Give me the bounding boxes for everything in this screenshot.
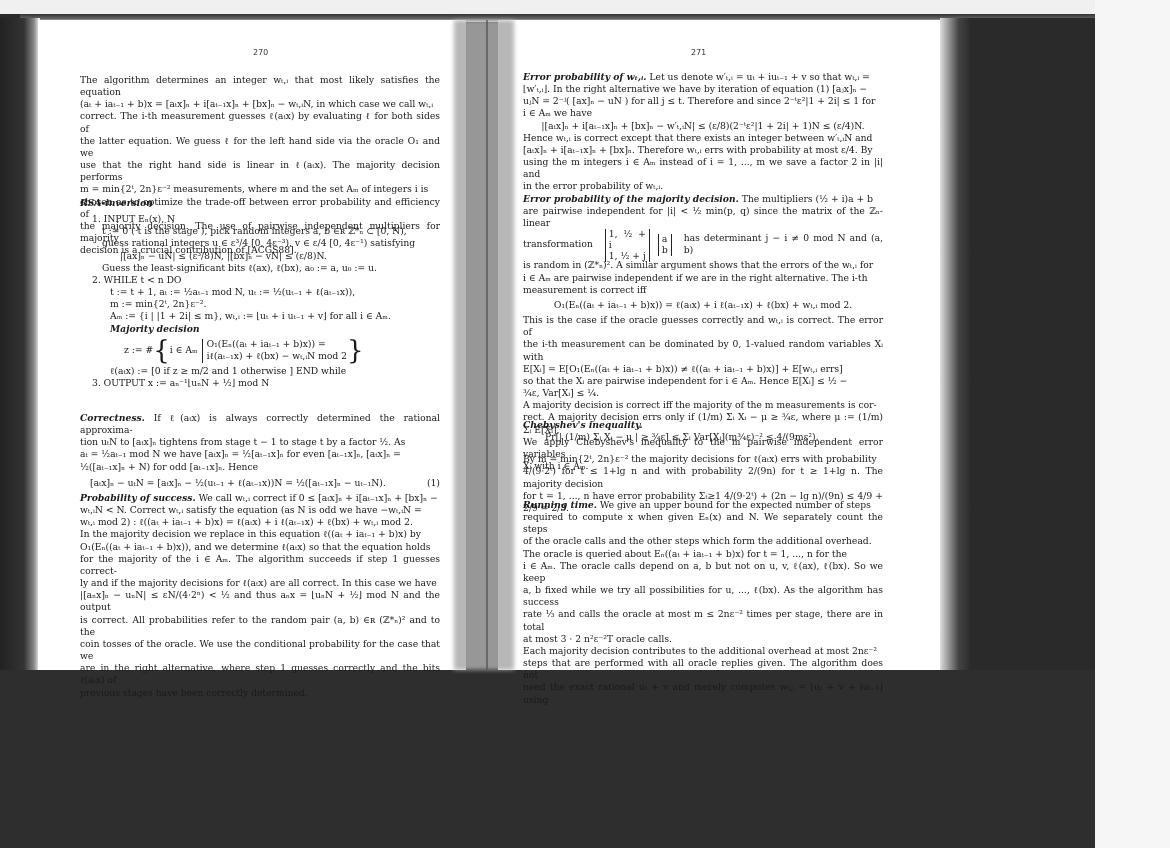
text-line: ly and if the majority decisions for ℓ(a…: [80, 578, 440, 590]
section-heading: Chebyshev's inequality.: [523, 420, 883, 432]
text-line: are pairwise independent for |i| < ½ min…: [523, 206, 883, 230]
text-line: [aₜx]ₙ + i[aₜ₋₁x]ₙ + [bx]ₙ. Therefore wₜ…: [523, 145, 883, 157]
text-line: m := min{2ᵗ, 2n}ε⁻².: [80, 299, 440, 311]
text-line: previous stages have been correctly dete…: [80, 688, 440, 700]
text-line: ⌊w′ₜ,ᵢ⌋. In the right alternative we hav…: [523, 84, 883, 96]
text-line: need the exact rational uₜ + v and merel…: [523, 682, 883, 706]
left-page-edge-shadow: [0, 18, 40, 670]
section-heading: Error probability of the majority decisi…: [523, 194, 739, 205]
section-heading: Probability of success.: [80, 493, 196, 504]
page-number-right: 271: [691, 48, 706, 57]
text-line: Each majority decision contributes to th…: [523, 646, 883, 658]
transformation-label: transformation: [523, 239, 593, 251]
z-assignment: z := #: [124, 345, 153, 357]
text-line: for the majority of the i ∈ Aₘ. The algo…: [80, 554, 440, 578]
error-probability-w-paragraph: Error probability of wₜ,ᵢ. Let us denote…: [523, 72, 883, 194]
rsa-inversion-algorithm: RSA-inversion 1. INPUT Eₙ(x), N t := 0 (…: [80, 198, 440, 390]
text-line: measurement is correct iff: [523, 285, 883, 297]
text-line: Aₘ := {i | |1 + 2i| ≤ m}, wₜ,ᵢ := ⌊uₜ + …: [80, 311, 440, 323]
vector: a b: [658, 234, 672, 256]
text-line: a, b fixed while we try all possibilitie…: [523, 585, 883, 609]
section-heading: RSA-inversion: [80, 198, 440, 210]
majority-set-definition: z := # { i ∈ Aₘ O₁(Eₙ((aₜ + iaₜ₋₁ + b)x)…: [80, 336, 440, 366]
text-line: ¾ε, Var[Xᵢ] ≤ ¼.: [523, 388, 883, 400]
vector-entry: a: [662, 234, 668, 245]
matrix: 1, ½ + i 1, ½ + j: [605, 229, 650, 262]
text-line: Correctness. If ℓ(aₜx) is always correct…: [80, 413, 440, 437]
text-line: By m = min{2ᵗ, 2n}ε⁻² the majority decis…: [523, 454, 883, 466]
text-line: O₁(Eₙ((aₜ + iaₜ₋₁ + b)x)), and we determ…: [80, 542, 440, 554]
text-line: This is the case if the oracle guesses c…: [523, 315, 883, 339]
text-line: aₜ = ½aₜ₋₁ mod N we have [aₜx]ₙ = ½[aₜ₋₁…: [80, 449, 440, 461]
text-line: of the oracle calls and the other steps …: [523, 536, 883, 548]
section-heading: Running time.: [523, 500, 597, 511]
display-equation: |[aₜx]ₙ + i[aₜ₋₁x]ₙ + [bx]ₙ − w′ₜ,ᵢN| ≤ …: [523, 121, 883, 133]
text-line: use that the right hand side is linear i…: [80, 160, 440, 184]
running-time-paragraph: Running time. We give an upper bound for…: [523, 500, 883, 707]
text-line: Error probability of the majority decisi…: [523, 194, 883, 206]
set-element: i ∈ Aₘ: [170, 345, 198, 357]
scanner-top-margin: [0, 0, 1170, 14]
text-line: (aₜ + iaₜ₋₁ + b)x = [aₜx]ₙ + i[aₜ₋₁x]ₙ +…: [80, 99, 440, 111]
scanner-right-margin: [1095, 0, 1170, 848]
text-line: A majority decision is correct iff the m…: [523, 400, 883, 412]
text-line: in the error probability of wₜ,ᵢ.: [523, 181, 883, 193]
text-line: wₜ,ᵢN < N. Correct wₜ,ᵢ satisfy the equa…: [80, 505, 440, 517]
display-equation: O₁(Eₙ((aₜ + iaₜ₋₁ + b)x)) = ℓ(aₜx) + i ℓ…: [523, 300, 883, 312]
text-span: We call wₜ,ᵢ correct if 0 ≤ [aₜx]ₙ + i[a…: [199, 493, 438, 504]
page-number-left: 270: [253, 48, 268, 57]
text-line: are in the right alternative, where step…: [80, 663, 440, 687]
book-spine-line: [486, 20, 488, 670]
text-line: rate ⅓ and calls the oracle at most m ≤ …: [523, 609, 883, 633]
text-line: ℓ(aₜx) := [0 if z ≥ m/2 and 1 otherwise …: [80, 366, 440, 378]
text-line: Probability of success. We call wₜ,ᵢ cor…: [80, 493, 440, 505]
condition-line: iℓ(aₜ₋₁x) + ℓ(bx) − wₜ,ᵢN mod 2: [207, 351, 347, 363]
matrix-row: 1, ½ + i: [609, 229, 646, 251]
text-line: the i-th measurement can be dominated by…: [523, 339, 883, 363]
text-line: so that the Xᵢ are pairwise independent …: [523, 376, 883, 388]
text-line: is correct. All probabilities refer to t…: [80, 615, 440, 639]
left-brace: {: [153, 338, 170, 364]
text-line: E[Xᵢ] = E[O₁(Eₙ((aₜ + iaₜ₋₁ + b)x)) ≠ ℓ(…: [523, 364, 883, 376]
condition-line: O₁(Eₙ((aₜ + iaₜ₋₁ + b)x)) =: [207, 339, 347, 351]
text-span: The multipliers (½ + i)a + b: [742, 194, 873, 205]
text-line: uⱼN = 2⁻ʲ( [ax]ₙ − uN ) for all j ≤ t. T…: [523, 96, 883, 108]
text-line: m = min{2ᵗ, 2n}ε⁻² measurements, where m…: [80, 184, 440, 196]
text-line: Hence wₜ,ᵢ is correct except that there …: [523, 133, 883, 145]
text-line: the latter equation. We guess ℓ for the …: [80, 136, 440, 160]
set-condition: O₁(Eₙ((aₜ + iaₜ₋₁ + b)x)) = iℓ(aₜ₋₁x) + …: [202, 339, 347, 363]
text-line: t := t + 1, aₜ := ½aₜ₋₁ mod N, uₜ := ½(u…: [80, 287, 440, 299]
text-line: ½([aₜ₋₁x]ₙ + N) for odd [aₜ₋₁x]ₙ. Hence: [80, 462, 440, 474]
text-line: |[aₙx]ₙ − uₙN| ≤ εN/(4·2ⁿ) < ½ and thus …: [80, 590, 440, 614]
algorithm-step-1: 1. INPUT Eₙ(x), N: [80, 214, 440, 226]
text-line: Running time. We give an upper bound for…: [523, 500, 883, 512]
equation-number: (1): [427, 478, 440, 490]
algorithm-step-3: 3. OUTPUT x := aₙ⁻¹⌊uₙN + ½⌋ mod N: [80, 378, 440, 390]
text-line: tion uₜN to [aₜx]ₙ tightens from stage t…: [80, 437, 440, 449]
text-line: The algorithm determines an integer wₜ,ᵢ…: [80, 75, 440, 99]
equation-1: [aₜx]ₙ − uₜN = [aₜx]ₙ − ½(uₜ₋₁ + ℓ(aₜ₋₁x…: [80, 478, 440, 490]
text-line: at most 3 · 2 n²ε⁻²T oracle calls.: [523, 634, 883, 646]
section-heading: Correctness.: [80, 413, 145, 424]
text-span: has determinant j − i ≠ 0 mod N and (a, …: [684, 233, 883, 257]
algorithm-step-2: 2. WHILE t < n DO: [80, 275, 440, 287]
text-span: Let us denote w′ₜ,ᵢ = uₜ + iuₜ₋₁ + v so …: [649, 72, 869, 83]
equation-body: [aₜx]ₙ − uₜN = [aₜx]ₙ − ½(uₜ₋₁ + ℓ(aₜ₋₁x…: [90, 478, 386, 490]
right-page-edge-shadow: [940, 18, 1095, 670]
vector-entry: b: [662, 245, 668, 256]
right-brace: }: [347, 338, 364, 364]
probability-of-success-paragraph: Probability of success. We call wₜ,ᵢ cor…: [80, 493, 440, 700]
majority-decision-label: Majority decision: [80, 324, 440, 336]
text-line: guess rational integers u ∈ ε³/4 [0, 4ε⁻…: [80, 238, 440, 250]
text-line: t := 0 ( t is the stage ), pick random i…: [80, 226, 440, 238]
text-line: i ∈ Aₘ. The oracle calls depend on a, b …: [523, 561, 883, 585]
correctness-paragraph: Correctness. If ℓ(aₜx) is always correct…: [80, 413, 440, 490]
display-equation: Pr[| (1/m) Σᵢ Xᵢ − μ | ≥ ¾ε] ≤ Σᵢ Var[Xᵢ…: [523, 432, 883, 444]
text-span: We give an upper bound for the expected …: [600, 500, 871, 511]
book-gutter: [454, 20, 514, 670]
text-line: coin tosses of the oracle. We use the co…: [80, 639, 440, 663]
text-line: required to compute x when given Eₙ(x) a…: [523, 512, 883, 536]
text-line: wₜ,ᵢ mod 2) : ℓ((aₜ + iaₜ₋₁ + b)x) = ℓ(a…: [80, 517, 440, 529]
section-heading: Error probability of wₜ,ᵢ.: [523, 72, 646, 83]
text-line: is random in (ℤ*ₙ)². A similar argument …: [523, 260, 883, 272]
text-line: steps that are performed with all oracle…: [523, 658, 883, 682]
text-line: i ∈ Aₘ are pairwise independent if we ar…: [523, 273, 883, 285]
equation-line: |[ax]ₙ − uN| ≤ (ε³/8)N, |[bx]ₙ − vN| ≤ (…: [80, 251, 440, 263]
text-line: 4/(9·2ᵗ) for t ≤ 1+lg n and with probabi…: [523, 466, 883, 490]
linear-transformation: transformation 1, ½ + i 1, ½ + j a b has…: [523, 230, 883, 260]
text-line: i ∈ Aₘ we have: [523, 108, 883, 120]
text-line: The oracle is queried about Eₙ((aₜ + iaₜ…: [523, 549, 883, 561]
text-line: correct. The i-th measurement guesses ℓ(…: [80, 111, 440, 135]
text-line: Error probability of wₜ,ᵢ. Let us denote…: [523, 72, 883, 84]
text-line: using the m integers i ∈ Aₘ instead of i…: [523, 157, 883, 181]
text-line: Guess the least-significant bits ℓ(ax), …: [80, 263, 440, 275]
text-line: In the majority decision we replace in t…: [80, 529, 440, 541]
